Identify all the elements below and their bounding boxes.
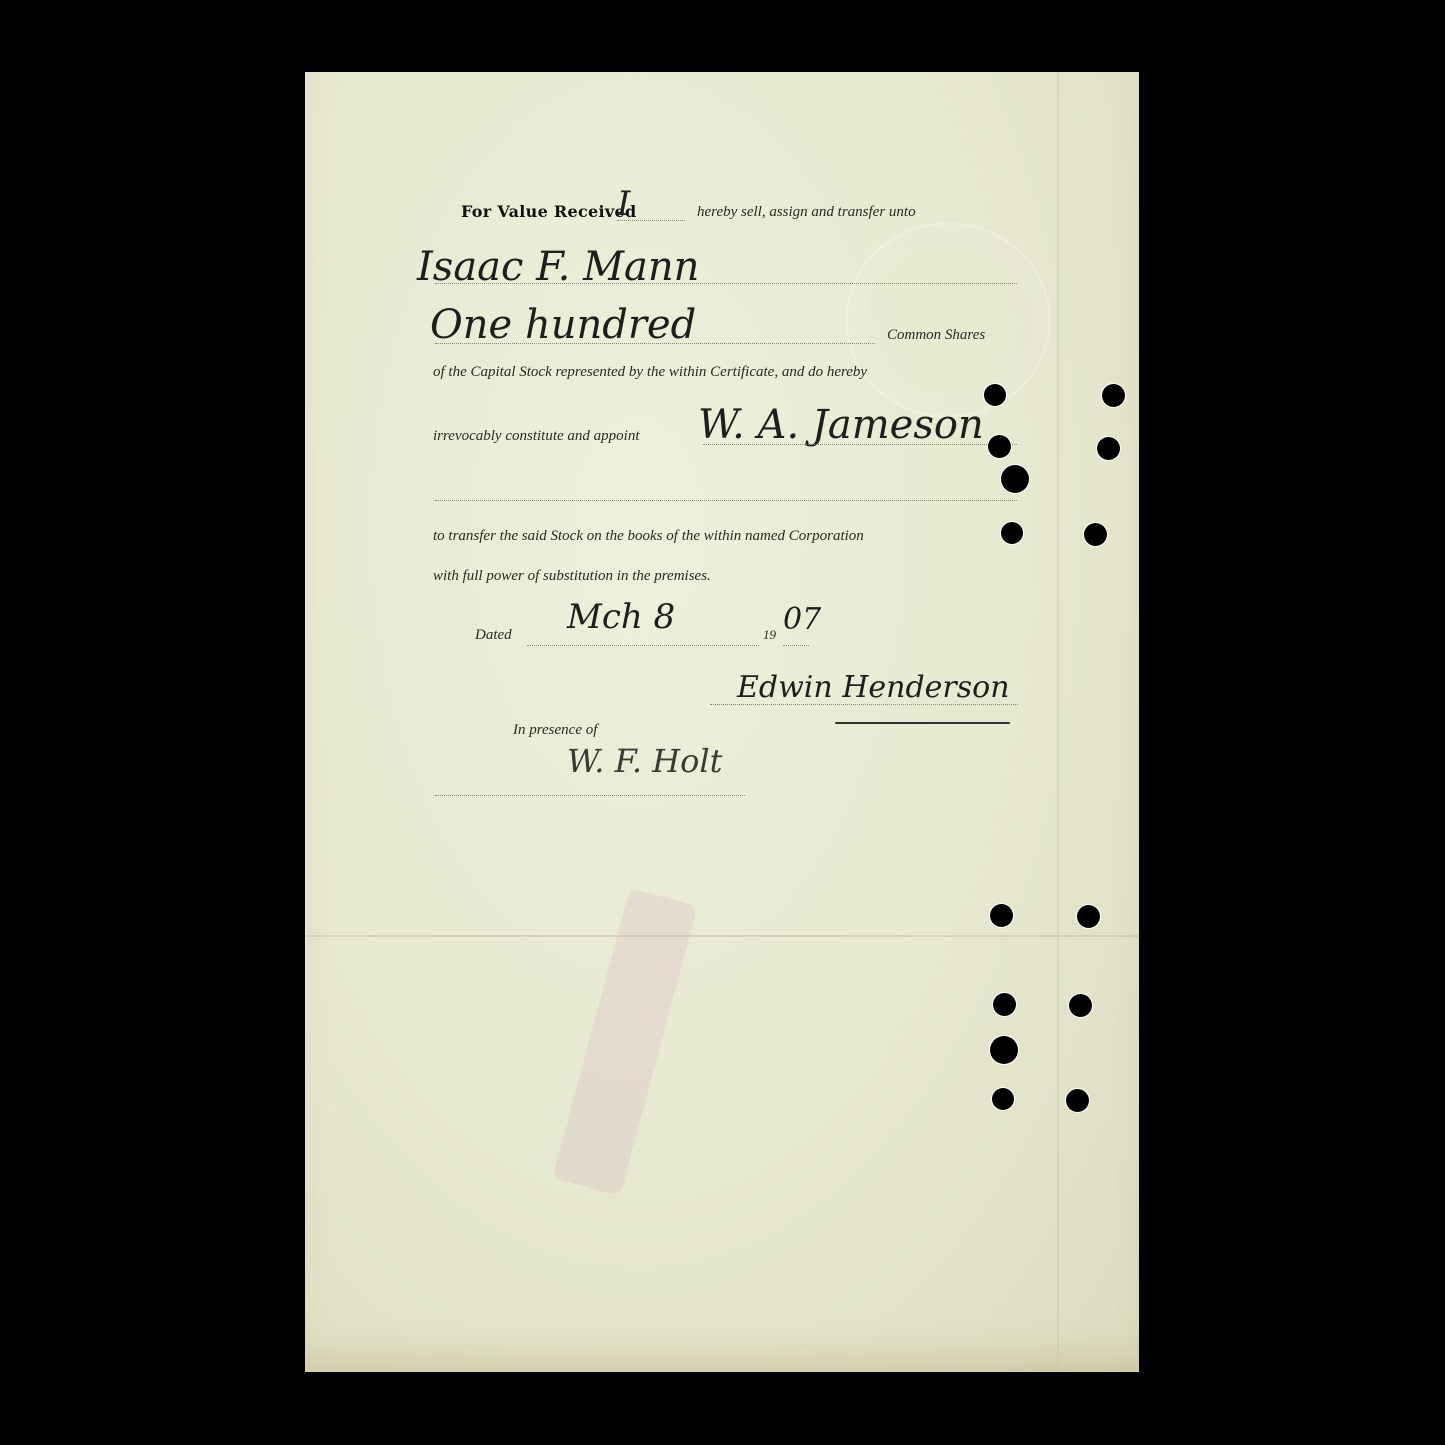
dotted-line xyxy=(527,645,759,646)
witness-signature: W. F. Holt xyxy=(567,742,722,780)
assignor-mark: I xyxy=(617,184,630,224)
punch-hole xyxy=(1069,994,1092,1017)
shares-label: Common Shares xyxy=(887,327,985,344)
punch-hole xyxy=(1066,1089,1089,1112)
signature-underline xyxy=(835,722,1010,724)
dotted-line xyxy=(435,283,1017,284)
punch-hole xyxy=(984,384,1006,406)
witness-line xyxy=(435,795,745,796)
attorney-name: W. A. Jameson xyxy=(698,402,984,448)
dotted-line xyxy=(435,343,875,344)
dotted-line xyxy=(783,645,809,646)
line5-text: to transfer the said Stock on the books … xyxy=(433,528,864,545)
dotted-line xyxy=(703,444,1017,445)
shares-amount: One hundred xyxy=(430,302,696,348)
punch-hole xyxy=(990,1036,1018,1064)
dotted-line-blank xyxy=(435,500,1017,501)
document-page: For Value Received I hereby sell, assign… xyxy=(305,72,1139,1372)
line1-text: hereby sell, assign and transfer unto xyxy=(697,204,916,221)
year-prefix: 19 xyxy=(763,627,776,643)
embossed-seal xyxy=(845,222,1051,418)
punch-hole xyxy=(1001,522,1023,544)
signature-line xyxy=(710,704,1018,705)
dotted-line xyxy=(617,220,685,221)
assignor-signature: Edwin Henderson xyxy=(737,670,1010,705)
punch-hole xyxy=(993,993,1016,1016)
dated-label: Dated xyxy=(475,627,512,644)
punch-hole xyxy=(1102,384,1125,407)
punch-hole xyxy=(988,435,1011,458)
line6-text: with full power of substitution in the p… xyxy=(433,568,711,585)
punch-hole xyxy=(992,1088,1014,1110)
heading-for-value-received: For Value Received xyxy=(461,202,636,221)
horizontal-fold xyxy=(305,935,1139,937)
line4-text: irrevocably constitute and appoint xyxy=(433,428,640,445)
dated-value: Mch 8 xyxy=(567,597,675,637)
punch-hole xyxy=(1084,523,1107,546)
presence-label: In presence of xyxy=(513,722,597,739)
line3-text: of the Capital Stock represented by the … xyxy=(433,364,867,381)
punch-hole xyxy=(990,904,1013,927)
punch-hole xyxy=(1077,905,1100,928)
vertical-fold xyxy=(1057,72,1059,1372)
punch-hole xyxy=(1097,437,1120,460)
year-suffix: 07 xyxy=(783,602,821,637)
punch-hole xyxy=(1001,465,1029,493)
